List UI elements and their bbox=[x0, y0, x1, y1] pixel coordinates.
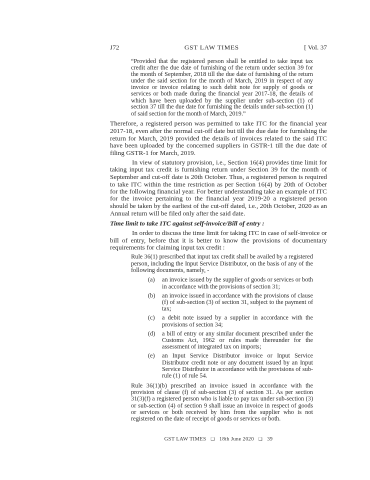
header-journal-title: GST LAW TIMES bbox=[184, 44, 239, 52]
list-item: (c) a debit note issued by a supplier in… bbox=[131, 315, 313, 328]
list-item: (a) an invoice issued by the supplier of… bbox=[131, 277, 313, 290]
square-ornament-icon: ❑ bbox=[211, 437, 215, 442]
header-page-number: J72 bbox=[110, 44, 119, 52]
list-marker: (e) bbox=[148, 353, 162, 380]
section-heading-time-limit: Time limit to take ITC against self-invo… bbox=[110, 220, 327, 228]
footer-journal-title: GST LAW TIMES bbox=[164, 436, 206, 442]
list-marker: (c) bbox=[148, 315, 162, 328]
header-volume-label: [ Vol. 37 bbox=[304, 44, 327, 52]
list-item-text: an invoice issued in accordance with the… bbox=[162, 292, 313, 312]
page-content: J72 GST LAW TIMES [ Vol. 37 “Provided th… bbox=[110, 44, 327, 464]
paragraph-statutory-provision: In view of statutory provision, i.e., Se… bbox=[110, 159, 327, 217]
page-footer: GST LAW TIMES ❑ 18th June 2020 ❑ 39 bbox=[110, 436, 327, 442]
list-item-text: a bill of entry or any similar document … bbox=[162, 330, 313, 350]
footer-page-number: 39 bbox=[267, 436, 273, 442]
square-ornament-icon: ❑ bbox=[258, 437, 262, 442]
paragraph-in-order: In order to discuss the time limit for t… bbox=[110, 230, 327, 252]
list-marker: (a) bbox=[148, 277, 162, 290]
footer-issue-date: 18th June 2020 bbox=[219, 436, 253, 442]
document-list: (a) an invoice issued by the supplier of… bbox=[131, 277, 313, 380]
list-item: (d) a bill of entry or any similar docum… bbox=[131, 330, 313, 350]
paragraph-therefore: Therefore, a registered person was permi… bbox=[110, 120, 327, 156]
document-page: J72 GST LAW TIMES [ Vol. 37 “Provided th… bbox=[0, 0, 370, 480]
list-item: (b) an invoice issued in accordance with… bbox=[131, 292, 313, 312]
list-item: (e) an Input Service Distributor invoice… bbox=[131, 353, 313, 380]
list-item-text: an Input Service Distributor invoice or … bbox=[162, 353, 313, 380]
scaled-text-block: J72 GST LAW TIMES [ Vol. 37 “Provided th… bbox=[110, 44, 327, 442]
list-marker: (b) bbox=[148, 292, 162, 312]
page-header: J72 GST LAW TIMES [ Vol. 37 bbox=[110, 44, 327, 52]
rule-36-1-intro: Rule 36(1) prescribed that input tax cre… bbox=[131, 254, 313, 274]
statute-blockquote: “Provided that the registered person sha… bbox=[131, 58, 313, 117]
list-marker: (d) bbox=[148, 330, 162, 350]
list-item-text: a debit note issued by a supplier in acc… bbox=[162, 315, 313, 328]
paragraph-rule-36-1-b: Rule 36(1)(b) prescribed an invoice issu… bbox=[131, 382, 313, 422]
list-item-text: an invoice issued by the supplier of goo… bbox=[162, 277, 313, 290]
